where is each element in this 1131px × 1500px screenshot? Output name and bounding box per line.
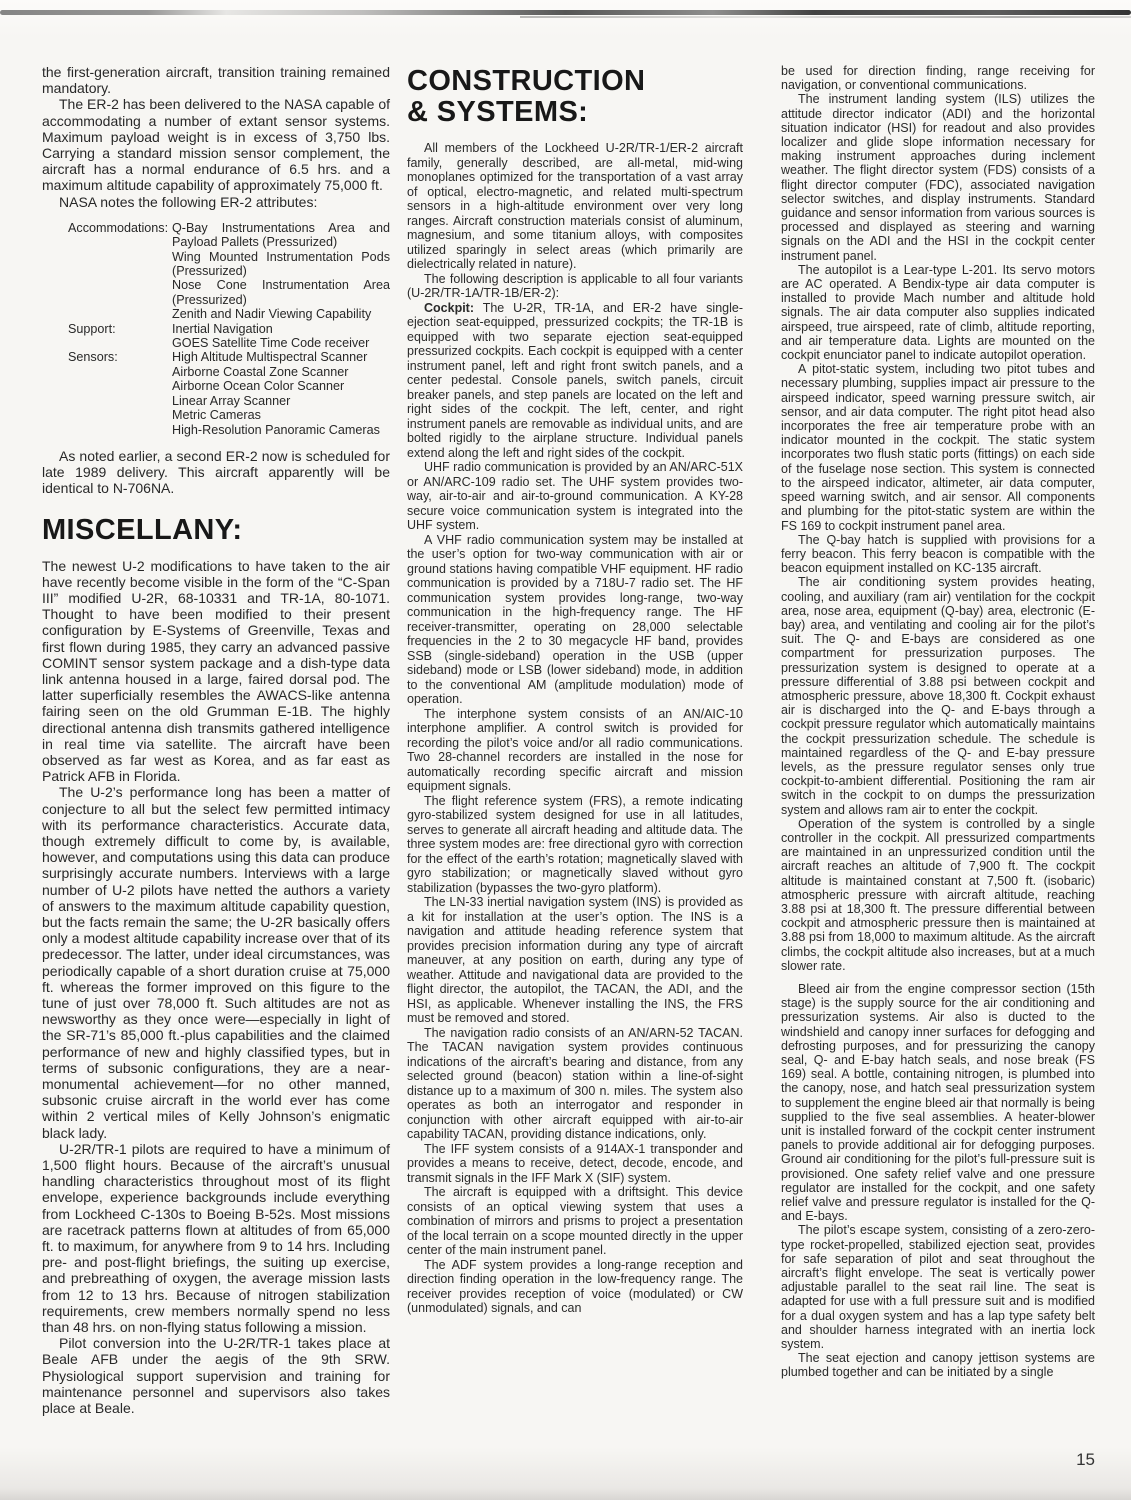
paragraph: The instrument landing system (ILS) util… <box>781 92 1095 262</box>
attribute-label: Accommodations: <box>68 221 172 322</box>
three-column-layout: the first-generation aircraft, transitio… <box>42 64 1095 1416</box>
paragraph: The autopilot is a Lear-type L-201. Its … <box>781 263 1095 362</box>
cockpit-lead-label: Cockpit: <box>424 301 474 315</box>
attribute-value: Inertial Navigation <box>172 322 390 336</box>
paragraph: The following description is applicable … <box>407 272 743 301</box>
page-number: 15 <box>1076 1450 1095 1470</box>
attribute-value: Zenith and Nadir Viewing Capability <box>172 307 390 321</box>
attribute-value: Metric Cameras <box>172 408 390 422</box>
paragraph: The aircraft is equipped with a driftsig… <box>407 1185 743 1258</box>
scan-edge-artifact <box>0 10 1131 15</box>
construction-systems-heading: CONSTRUCTION & SYSTEMS: <box>407 66 743 128</box>
paragraph: The U-2’s performance long has been a ma… <box>42 784 390 1140</box>
left-column: the first-generation aircraft, transitio… <box>42 64 390 1416</box>
attribute-values: Inertial Navigation GOES Satellite Time … <box>172 322 390 351</box>
paragraph: UHF radio communication is provided by a… <box>407 460 743 533</box>
paragraph: The Q-bay hatch is supplied with provisi… <box>781 533 1095 576</box>
paragraph: be used for direction finding, range rec… <box>781 64 1095 92</box>
paragraph: Operation of the system is controlled by… <box>781 817 1095 973</box>
attribute-row-sensors: Sensors: High Altitude Multispectral Sca… <box>68 350 390 436</box>
attribute-value: Airborne Ocean Color Scanner <box>172 379 390 393</box>
attribute-label: Sensors: <box>68 350 172 436</box>
paragraph: Pilot conversion into the U-2R/TR-1 take… <box>42 1335 390 1416</box>
miscellany-heading: MISCELLANY: <box>42 515 390 546</box>
attribute-value: Linear Array Scanner <box>172 394 390 408</box>
paragraph: A pitot-static system, including two pit… <box>781 362 1095 532</box>
attribute-value: High-Resolution Panoramic Cameras <box>172 423 390 437</box>
scan-edge-artifact-2 <box>520 16 1131 18</box>
paragraph: The interphone system consists of an AN/… <box>407 707 743 794</box>
paragraph: The air conditioning system provides hea… <box>781 575 1095 816</box>
er2-attributes-list: Accommodations: Q-Bay Instrumentations A… <box>68 221 390 437</box>
attribute-value: Q-Bay Instrumentations Area and Payload … <box>172 221 390 250</box>
attribute-label: Support: <box>68 322 172 351</box>
cockpit-paragraph: Cockpit: The U-2R, TR-1A, and ER-2 have … <box>407 301 743 461</box>
paragraph: As noted earlier, a second ER-2 now is s… <box>42 448 390 497</box>
paragraph: the first-generation aircraft, transitio… <box>42 64 390 96</box>
paragraph: The IFF system consists of a 914AX-1 tra… <box>407 1142 743 1186</box>
attribute-value: Nose Cone Instrumentation Area (Pressuri… <box>172 278 390 307</box>
attribute-value: Wing Mounted Instrumentation Pods (Press… <box>172 250 390 279</box>
paragraph: The pilot’s escape system, consisting of… <box>781 1223 1095 1351</box>
attribute-value: High Altitude Multispectral Scanner <box>172 350 390 364</box>
attribute-values: Q-Bay Instrumentations Area and Payload … <box>172 221 390 322</box>
attribute-values: High Altitude Multispectral Scanner Airb… <box>172 350 390 436</box>
paragraph: Bleed air from the engine compressor sec… <box>781 982 1095 1223</box>
paragraph: The newest U-2 modifications to have tak… <box>42 558 390 785</box>
paragraph: The LN-33 inertial navigation system (IN… <box>407 895 743 1026</box>
paragraph: U-2R/TR-1 pilots are required to have a … <box>42 1141 390 1335</box>
attribute-row-support: Support: Inertial Navigation GOES Satell… <box>68 322 390 351</box>
attribute-row-accommodations: Accommodations: Q-Bay Instrumentations A… <box>68 221 390 322</box>
paragraph: The flight reference system (FRS), a rem… <box>407 794 743 896</box>
attribute-value: GOES Satellite Time Code receiver <box>172 336 390 350</box>
heading-line-2: & SYSTEMS: <box>407 96 588 128</box>
paragraph: The ER-2 has been delivered to the NASA … <box>42 96 390 193</box>
paragraph: A VHF radio communication system may be … <box>407 533 743 707</box>
paragraph: NASA notes the following ER-2 attributes… <box>42 194 390 210</box>
magazine-page: the first-generation aircraft, transitio… <box>0 0 1131 1500</box>
paragraph: The navigation radio consists of an AN/A… <box>407 1026 743 1142</box>
paragraph: The seat ejection and canopy jettison sy… <box>781 1351 1095 1379</box>
attribute-value: Airborne Coastal Zone Scanner <box>172 365 390 379</box>
heading-line-1: CONSTRUCTION <box>407 65 645 97</box>
cockpit-text: The U-2R, TR-1A, and ER-2 have single-ej… <box>407 301 743 460</box>
center-column: CONSTRUCTION & SYSTEMS: All members of t… <box>407 64 743 1416</box>
paragraph: The ADF system provides a long-range rec… <box>407 1258 743 1316</box>
paragraph: All members of the Lockheed U-2R/TR-1/ER… <box>407 141 743 272</box>
right-column: be used for direction finding, range rec… <box>781 64 1095 1416</box>
